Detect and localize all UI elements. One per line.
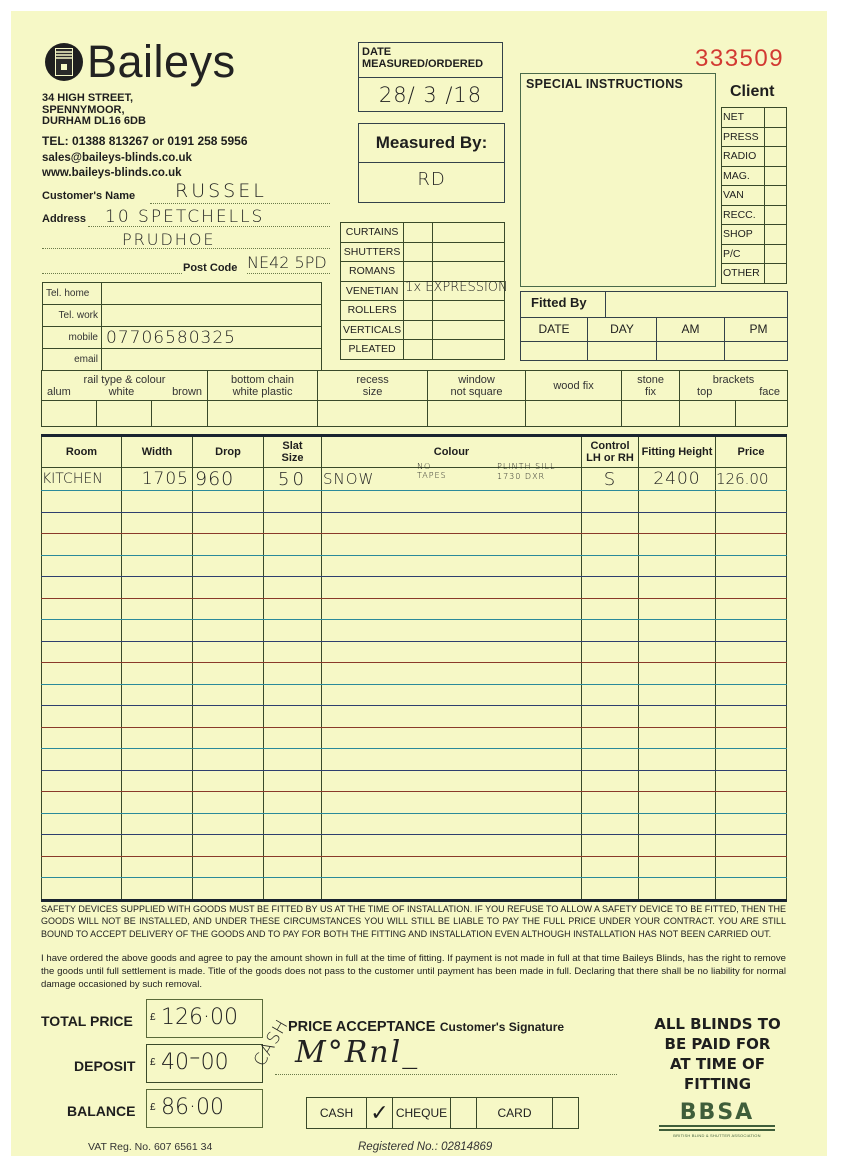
cell-drop[interactable] <box>193 835 264 857</box>
cell-drop[interactable] <box>193 727 264 749</box>
client-source-row: VAN <box>722 186 787 206</box>
cell-slat[interactable] <box>264 706 322 728</box>
client-source-label: PRESS <box>722 127 765 147</box>
product-type-label: ROMANS <box>341 262 404 282</box>
cell-room[interactable] <box>42 727 122 749</box>
cell-slat[interactable] <box>264 835 322 857</box>
cell-price[interactable] <box>716 512 787 534</box>
product-detail-cell[interactable] <box>433 262 505 282</box>
product-type-row: ROMANS <box>341 262 505 282</box>
cell-colour[interactable] <box>322 878 582 901</box>
cell-slat[interactable] <box>264 749 322 771</box>
cell-drop[interactable] <box>193 512 264 534</box>
cell-width[interactable] <box>122 749 193 771</box>
cell-width[interactable]: 1705 <box>122 468 193 491</box>
rail-white-cell[interactable] <box>97 401 152 427</box>
product-qty-cell[interactable] <box>404 340 433 360</box>
cell-fitting-height[interactable] <box>639 856 716 878</box>
cell-slat[interactable] <box>264 577 322 599</box>
table-row <box>42 555 787 577</box>
cell-width[interactable] <box>122 684 193 706</box>
company-address: 34 HIGH STREET, SPENNYMOOR, DURHAM DL16 … <box>42 93 146 128</box>
cell-price[interactable] <box>716 577 787 599</box>
cell-width[interactable] <box>122 727 193 749</box>
vat-number: VAT Reg. No. 607 6561 34 <box>88 1141 212 1153</box>
product-type-label: CURTAINS <box>341 223 404 243</box>
cell-colour[interactable] <box>322 684 582 706</box>
cell-room[interactable] <box>42 770 122 792</box>
cell-width[interactable] <box>122 598 193 620</box>
cell-fitting-height[interactable] <box>639 749 716 771</box>
client-source-row: RECC. <box>722 205 787 225</box>
fitted-by-column-day: DAY <box>588 318 657 341</box>
telephone-value[interactable] <box>102 305 322 327</box>
product-type-row: SHUTTERS <box>341 242 505 262</box>
cell-fitting-height[interactable] <box>639 577 716 599</box>
cell-drop[interactable] <box>193 813 264 835</box>
payment-cheque-label: CHEQUE <box>393 1098 451 1129</box>
client-source-checkbox[interactable] <box>765 225 787 245</box>
special-instructions-label: SPECIAL INSTRUCTIONS <box>521 74 715 91</box>
cell-drop[interactable] <box>193 792 264 814</box>
product-qty-cell[interactable] <box>404 223 433 243</box>
payment-notice: ALL BLINDS TOBE PAID FORAT TIME OFFITTIN… <box>630 1014 805 1094</box>
client-source-label: SHOP <box>722 225 765 245</box>
cell-width[interactable] <box>122 792 193 814</box>
cell-drop[interactable] <box>193 491 264 513</box>
cell-control[interactable] <box>582 770 639 792</box>
rail-brown-cell[interactable] <box>152 401 208 427</box>
date-measured-box: DATEMEASURED/ORDERED 28/ 3 /18 <box>358 42 503 112</box>
telephone-label: Tel. work <box>43 305 102 327</box>
cell-price[interactable] <box>716 835 787 857</box>
cell-control[interactable] <box>582 620 639 642</box>
telephone-row: email <box>43 349 322 371</box>
product-detail-cell[interactable] <box>433 340 505 360</box>
wood-fix-cell[interactable] <box>526 401 622 427</box>
cell-price[interactable] <box>716 770 787 792</box>
table-row <box>42 641 787 663</box>
client-source-row: OTHER <box>722 264 787 284</box>
payment-card-checkbox[interactable] <box>553 1098 579 1129</box>
cell-width[interactable] <box>122 813 193 835</box>
cell-fitting-height[interactable] <box>639 878 716 901</box>
cell-slat[interactable] <box>264 663 322 685</box>
cell-colour[interactable] <box>322 856 582 878</box>
cell-slat[interactable]: 50 <box>264 468 322 491</box>
payment-cash-checkbox[interactable]: ✓ <box>367 1098 393 1129</box>
cell-room[interactable] <box>42 792 122 814</box>
deposit-field[interactable]: £ 40⁻00 <box>146 1044 263 1083</box>
total-price-field[interactable]: £ 126·00 <box>146 999 263 1038</box>
product-detail-cell[interactable] <box>433 223 505 243</box>
client-source-row: MAG. <box>722 166 787 186</box>
cell-fitting-height[interactable] <box>639 663 716 685</box>
cell-fitting-height[interactable] <box>639 684 716 706</box>
cell-width[interactable] <box>122 770 193 792</box>
table-row <box>42 663 787 685</box>
cell-control[interactable] <box>582 577 639 599</box>
cell-price[interactable] <box>716 620 787 642</box>
cell-width[interactable] <box>122 641 193 663</box>
fitted-by-label: Fitted By <box>521 292 606 317</box>
cell-slat[interactable] <box>264 620 322 642</box>
product-detail-cell[interactable] <box>433 320 505 340</box>
client-source-checkbox[interactable] <box>765 264 787 284</box>
cell-colour[interactable] <box>322 491 582 513</box>
telephone-label: email <box>43 349 102 371</box>
cell-width[interactable] <box>122 491 193 513</box>
telephone-label: Tel. home <box>43 283 102 305</box>
cell-colour[interactable] <box>322 813 582 835</box>
fitted-by-field[interactable] <box>606 292 787 317</box>
payment-cheque-checkbox[interactable] <box>451 1098 477 1129</box>
cell-width[interactable] <box>122 620 193 642</box>
cell-width[interactable] <box>122 512 193 534</box>
cell-room[interactable] <box>42 598 122 620</box>
cell-drop[interactable] <box>193 706 264 728</box>
cell-width[interactable] <box>122 878 193 901</box>
header-price: Price <box>716 436 787 468</box>
cell-drop[interactable] <box>193 856 264 878</box>
cell-control[interactable] <box>582 491 639 513</box>
telephone-row: Tel. home <box>43 283 322 305</box>
cell-room[interactable] <box>42 663 122 685</box>
client-source-checkbox[interactable] <box>765 127 787 147</box>
cell-slat[interactable] <box>264 813 322 835</box>
cell-room[interactable] <box>42 620 122 642</box>
window-header: windownot square <box>428 371 526 401</box>
header-width: Width <box>122 436 193 468</box>
cell-control[interactable] <box>582 555 639 577</box>
cell-slat[interactable] <box>264 641 322 663</box>
stone-fix-header: stonefix <box>622 371 680 401</box>
cell-control[interactable] <box>582 706 639 728</box>
cell-drop[interactable] <box>193 598 264 620</box>
product-type-label: ROLLERS <box>341 301 404 321</box>
table-row <box>42 620 787 642</box>
cell-price[interactable] <box>716 706 787 728</box>
cell-drop[interactable] <box>193 620 264 642</box>
cell-price[interactable] <box>716 641 787 663</box>
bottom-chain-cell[interactable] <box>208 401 318 427</box>
product-qty-cell[interactable]: 1x EXPRESSION <box>404 281 433 301</box>
cell-drop[interactable] <box>193 534 264 556</box>
cell-fitting-height[interactable] <box>639 792 716 814</box>
fitted-by-value-pm[interactable] <box>725 342 792 361</box>
product-qty-cell[interactable] <box>404 242 433 262</box>
cell-width[interactable] <box>122 835 193 857</box>
client-label: Client <box>730 83 774 101</box>
cell-control[interactable]: S <box>582 468 639 491</box>
cell-price[interactable] <box>716 792 787 814</box>
header-fitting-height: Fitting Height <box>639 436 716 468</box>
agreement-terms: I have ordered the above goods and agree… <box>41 952 786 992</box>
cell-room[interactable] <box>42 555 122 577</box>
cell-control[interactable] <box>582 727 639 749</box>
cell-colour[interactable] <box>322 620 582 642</box>
cell-colour[interactable] <box>322 749 582 771</box>
cell-room[interactable] <box>42 512 122 534</box>
table-row <box>42 792 787 814</box>
cell-slat[interactable] <box>264 727 322 749</box>
cell-room[interactable] <box>42 835 122 857</box>
cell-control[interactable] <box>582 792 639 814</box>
cell-control[interactable] <box>582 835 639 857</box>
bbsa-logo-icon: BBSA <box>659 1103 775 1123</box>
cell-colour[interactable] <box>322 512 582 534</box>
stone-fix-cell[interactable] <box>622 401 680 427</box>
table-row <box>42 512 787 534</box>
client-source-row: P/C <box>722 244 787 264</box>
cell-drop[interactable]: 960 <box>193 468 264 491</box>
cell-room[interactable]: KITCHEN <box>42 468 122 491</box>
client-source-checkbox[interactable] <box>765 205 787 225</box>
table-row <box>42 770 787 792</box>
header-room: Room <box>42 436 122 468</box>
company-tel: TEL: 01388 813267 or 0191 258 5956 <box>42 134 248 148</box>
cell-price[interactable] <box>716 491 787 513</box>
cell-width[interactable] <box>122 555 193 577</box>
header-slat-size: SlatSize <box>264 436 322 468</box>
cell-price[interactable]: 126.00 <box>716 468 787 491</box>
cell-fitting-height[interactable] <box>639 727 716 749</box>
cell-control[interactable] <box>582 813 639 835</box>
table-row <box>42 706 787 728</box>
cell-width[interactable] <box>122 663 193 685</box>
customer-signature[interactable]: M°Rnl_ <box>295 1035 419 1070</box>
brackets-header: brackets topface <box>680 371 788 401</box>
cell-slat[interactable] <box>264 512 322 534</box>
cell-room[interactable] <box>42 813 122 835</box>
postcode-value[interactable]: NE42 5PD <box>247 253 327 272</box>
client-source-checkbox[interactable] <box>765 166 787 186</box>
cell-price[interactable] <box>716 749 787 771</box>
cell-fitting-height[interactable]: 2400 <box>639 468 716 491</box>
cell-price[interactable] <box>716 555 787 577</box>
client-source-checkbox[interactable] <box>765 244 787 264</box>
safety-terms: SAFETY DEVICES SUPPLIED WITH GOODS MUST … <box>41 903 786 940</box>
cell-fitting-height[interactable] <box>639 620 716 642</box>
cell-control[interactable] <box>582 598 639 620</box>
cell-control[interactable] <box>582 641 639 663</box>
cell-drop[interactable] <box>193 770 264 792</box>
cell-drop[interactable] <box>193 555 264 577</box>
cell-drop[interactable] <box>193 878 264 901</box>
header-control: ControlLH or RH <box>582 436 639 468</box>
balance-field[interactable]: £ 86·00 <box>146 1089 263 1128</box>
cell-slat[interactable] <box>264 792 322 814</box>
date-value[interactable]: 28/ 3 /18 <box>359 78 502 107</box>
recess-cell[interactable] <box>318 401 428 427</box>
product-qty-cell[interactable] <box>404 320 433 340</box>
cell-colour[interactable] <box>322 835 582 857</box>
product-detail-cell[interactable] <box>433 242 505 262</box>
cell-room[interactable] <box>42 577 122 599</box>
wood-fix-header: wood fix <box>526 371 622 401</box>
cell-room[interactable] <box>42 684 122 706</box>
cell-drop[interactable] <box>193 663 264 685</box>
cell-fitting-height[interactable] <box>639 512 716 534</box>
cell-drop[interactable] <box>193 684 264 706</box>
cell-colour[interactable] <box>322 598 582 620</box>
table-row <box>42 491 787 513</box>
cell-room[interactable] <box>42 641 122 663</box>
table-row <box>42 749 787 771</box>
product-qty-cell[interactable] <box>404 301 433 321</box>
cell-fitting-height[interactable] <box>639 491 716 513</box>
bracket-top-cell[interactable] <box>680 401 736 427</box>
cell-colour[interactable]: SNOW NOTAPES PLINTH SILL1730 DXR <box>322 468 582 491</box>
cell-drop[interactable] <box>193 577 264 599</box>
cell-control[interactable] <box>582 684 639 706</box>
cell-room[interactable] <box>42 706 122 728</box>
cell-price[interactable] <box>716 878 787 901</box>
cell-room[interactable] <box>42 856 122 878</box>
cell-slat[interactable] <box>264 534 322 556</box>
cell-price[interactable] <box>716 684 787 706</box>
special-instructions-box[interactable]: SPECIAL INSTRUCTIONS <box>520 73 716 287</box>
cell-room[interactable] <box>42 534 122 556</box>
client-source-label: VAN <box>722 186 765 206</box>
bottom-chain-header: bottom chainwhite plastic <box>208 371 318 401</box>
customer-name-value[interactable]: RUSSEL <box>175 180 267 202</box>
product-type-label: PLEATED <box>341 340 404 360</box>
cell-fitting-height[interactable] <box>639 555 716 577</box>
telephone-row: mobile07706580325 <box>43 327 322 349</box>
fitted-by-value-am[interactable] <box>657 342 725 361</box>
cell-width[interactable] <box>122 856 193 878</box>
cell-colour[interactable] <box>322 770 582 792</box>
cell-control[interactable] <box>582 856 639 878</box>
cell-slat[interactable] <box>264 856 322 878</box>
cell-slat[interactable] <box>264 491 322 513</box>
cell-control[interactable] <box>582 534 639 556</box>
cell-control[interactable] <box>582 663 639 685</box>
cell-width[interactable] <box>122 577 193 599</box>
client-source-checkbox[interactable] <box>765 108 787 128</box>
cell-drop[interactable] <box>193 641 264 663</box>
fitted-by-column-date: DATE <box>521 318 588 341</box>
telephone-label: mobile <box>43 327 102 349</box>
telephone-value[interactable] <box>102 283 322 305</box>
cell-price[interactable] <box>716 813 787 835</box>
cell-price[interactable] <box>716 598 787 620</box>
client-source-row: SHOP <box>722 225 787 245</box>
cell-slat[interactable] <box>264 878 322 901</box>
cell-price[interactable] <box>716 727 787 749</box>
telephone-value[interactable] <box>102 349 322 371</box>
client-source-row: NET <box>722 108 787 128</box>
client-source-checkbox[interactable] <box>765 186 787 206</box>
fitted-by-column-am: AM <box>657 318 725 341</box>
cell-width[interactable] <box>122 706 193 728</box>
cell-colour[interactable] <box>322 792 582 814</box>
cell-fitting-height[interactable] <box>639 706 716 728</box>
cell-control[interactable] <box>582 749 639 771</box>
cell-price[interactable] <box>716 663 787 685</box>
product-qty-cell[interactable] <box>404 262 433 282</box>
measured-by-value[interactable]: RD <box>359 163 504 190</box>
registered-number: Registered No.: 02814869 <box>358 1141 492 1153</box>
bracket-face-cell[interactable] <box>736 401 788 427</box>
cell-colour[interactable] <box>322 706 582 728</box>
client-source-row: PRESS <box>722 127 787 147</box>
table-row <box>42 856 787 878</box>
company-website[interactable]: www.baileys-blinds.co.uk <box>42 167 182 179</box>
cell-fitting-height[interactable] <box>639 534 716 556</box>
cell-fitting-height[interactable] <box>639 770 716 792</box>
cell-control[interactable] <box>582 512 639 534</box>
cell-room[interactable] <box>42 878 122 901</box>
table-row <box>42 878 787 901</box>
cell-control[interactable] <box>582 878 639 901</box>
order-table: Room Width Drop SlatSize Colour ControlL… <box>41 434 786 902</box>
cell-slat[interactable] <box>264 770 322 792</box>
product-detail-cell[interactable] <box>433 301 505 321</box>
cell-width[interactable] <box>122 534 193 556</box>
cell-colour[interactable] <box>322 641 582 663</box>
deposit-label: DEPOSIT <box>74 1058 135 1074</box>
address-line2-value[interactable]: PRUDHOE <box>122 230 216 249</box>
cell-room[interactable] <box>42 491 122 513</box>
fitted-by-value-date[interactable] <box>521 342 588 361</box>
rail-alum-cell[interactable] <box>42 401 97 427</box>
total-price-label: TOTAL PRICE <box>41 1013 133 1029</box>
order-number: 333509 <box>695 45 784 73</box>
window-cell[interactable] <box>428 401 526 427</box>
cell-colour[interactable] <box>322 663 582 685</box>
table-row <box>42 727 787 749</box>
cell-colour[interactable] <box>322 534 582 556</box>
telephone-row: Tel. work <box>43 305 322 327</box>
product-type-row: PLEATED <box>341 340 505 360</box>
blind-logo-icon <box>44 42 84 82</box>
fitted-by-column-pm: PM <box>725 318 792 341</box>
fitted-by-value-day[interactable] <box>588 342 657 361</box>
cell-fitting-height[interactable] <box>639 835 716 857</box>
cell-slat[interactable] <box>264 555 322 577</box>
recess-header: recesssize <box>318 371 428 401</box>
postcode-label: Post Code <box>183 262 237 274</box>
cell-slat[interactable] <box>264 598 322 620</box>
client-source-label: RADIO <box>722 147 765 167</box>
client-source-checkbox[interactable] <box>765 147 787 167</box>
table-row <box>42 684 787 706</box>
cell-fitting-height[interactable] <box>639 598 716 620</box>
product-type-label: VERTICALS <box>341 320 404 340</box>
cell-room[interactable] <box>42 749 122 771</box>
cell-price[interactable] <box>716 856 787 878</box>
cell-price[interactable] <box>716 534 787 556</box>
telephone-table: Tel. homeTel. workmobile07706580325email <box>42 282 322 371</box>
cell-fitting-height[interactable] <box>639 813 716 835</box>
product-type-label: SHUTTERS <box>341 242 404 262</box>
client-source-label: OTHER <box>722 264 765 284</box>
payment-cash-label: CASH <box>307 1098 367 1129</box>
address-line1-value[interactable]: 10 SPETCHELLS <box>105 207 264 227</box>
product-type-row: VERTICALS <box>341 320 505 340</box>
company-email[interactable]: sales@baileys-blinds.co.uk <box>42 152 192 164</box>
cell-drop[interactable] <box>193 749 264 771</box>
cell-colour[interactable] <box>322 577 582 599</box>
cell-slat[interactable] <box>264 684 322 706</box>
telephone-value[interactable]: 07706580325 <box>102 327 322 349</box>
cell-colour[interactable] <box>322 727 582 749</box>
cell-fitting-height[interactable] <box>639 641 716 663</box>
product-type-label: VENETIAN <box>341 281 404 301</box>
cell-colour[interactable] <box>322 555 582 577</box>
